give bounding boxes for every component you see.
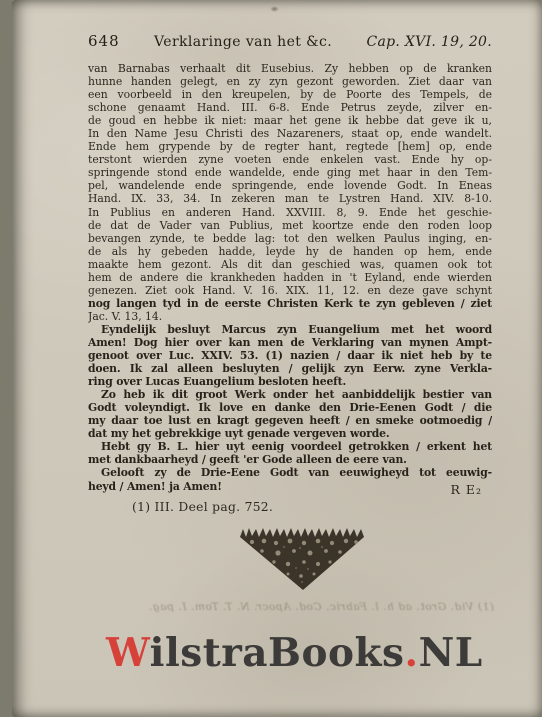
text-line: van Barnabas verhaalt dit Eusebius. Zy h… <box>88 62 492 75</box>
paragraph: Zo heb ik dit groot Werk onder het aanbi… <box>88 388 492 440</box>
running-title: Verklaringe van het &c. <box>154 34 332 50</box>
paragraph: van Barnabas verhaalt dit Eusebius. Zy h… <box>88 62 492 323</box>
text-line: springende stond ende wandelde, ende gin… <box>88 166 492 179</box>
text-line: hunne handen gelegt, en zy zyn gezont ge… <box>88 75 492 88</box>
text-line: Eyndelijk besluyt Marcus zyn Euangelium … <box>88 323 492 336</box>
text-line: de goud en hebbe ik niet: maar het gene … <box>88 114 492 127</box>
text-line: Amen! Dog hier over kan men de Verklarin… <box>88 336 492 349</box>
watermark-name: ilstraBooks <box>150 630 405 676</box>
text-line: hem de andere die krankheden hadden in '… <box>88 271 492 284</box>
footnote: (1) III. Deel pag. 752. <box>88 500 492 514</box>
chapter-reference: Cap. XVI. 19, 20. <box>366 34 492 50</box>
screenshot-root: { "header": { "page_number": "648", "run… <box>0 0 542 717</box>
tailpiece-ornament-icon <box>238 526 368 592</box>
watermark-initial: W <box>106 630 150 676</box>
text-line: Zo heb ik dit groot Werk onder het aanbi… <box>88 388 492 401</box>
text-line: bevangen zynde, te bedde lag: tot den we… <box>88 232 492 245</box>
text-line: my daar toe lust en kragt gegeven heeft … <box>88 414 492 427</box>
text-line: In den Name Jesu Christi des Nazareners,… <box>88 127 492 140</box>
text-line: Hand. IX. 33, 34. In zekeren man te Lyst… <box>88 192 492 205</box>
text-line: Jac. V. 13, 14. <box>88 310 492 323</box>
text-line: pel, wandelende ende springende, ende lo… <box>88 179 492 192</box>
text-line: schone genaamt Hand. III. 6-8. Ende Petr… <box>88 101 492 114</box>
text-line: maakte hem gezont. Als dit dan geschied … <box>88 258 492 271</box>
text-line: Gelooft zy de Drie-Eene Godt van eeuwigh… <box>88 466 492 479</box>
text-line: Hebt gy B. L. hier uyt eenig voordeel ge… <box>88 440 492 453</box>
text-line: nog langen tyd in de eerste Christen Ker… <box>88 297 492 310</box>
watermark: WilstraBooks.NL <box>106 630 483 676</box>
text-line: met dankbaarheyd / geeft 'er Gode alleen… <box>88 453 492 466</box>
body-text: van Barnabas verhaalt dit Eusebius. Zy h… <box>88 62 492 493</box>
paragraph: Eyndelijk besluyt Marcus zyn Euangelium … <box>88 323 492 388</box>
paragraph: Hebt gy B. L. hier uyt eenig voordeel ge… <box>88 440 492 466</box>
text-line: de dat de Vader van Publius, met koortze… <box>88 219 492 232</box>
text-line: genoot over Luc. XXIV. 53. (1) nazien / … <box>88 349 492 362</box>
text-line: ring over Lucas Euangelium besloten heef… <box>88 375 492 388</box>
watermark-tld: NL <box>419 630 483 676</box>
text-line: doen. Ik zal alleen besluyten / gelijk z… <box>88 362 492 375</box>
text-line: terstont wierden zyne voeten ende enkele… <box>88 153 492 166</box>
text-line: de als hy gebeden hadde, leyde hy de han… <box>88 245 492 258</box>
book-page: 648 Verklaringe van het &c. Cap. XVI. 19… <box>12 0 542 717</box>
show-through-text: (1) Vid. Grot. ad h. l. Fabric. Cod. Apo… <box>88 601 494 613</box>
text-line: dat my het gebrekkige uyt genade vergeve… <box>88 427 492 440</box>
text-line: Ende hem grypende by de regter hant, reg… <box>88 140 492 153</box>
text-line: Godt voleyndigt. Ik love en danke den Dr… <box>88 401 492 414</box>
text-line: een voorbeeld in den kreupelen, by de Po… <box>88 88 492 101</box>
text-line: genezen. Ziet ook Hand. V. 16. XIX. 11, … <box>88 284 492 297</box>
page-number: 648 <box>88 32 120 50</box>
text-line: In Publius en anderen Hand. XXVIII. 8, 9… <box>88 206 492 219</box>
paper-speck <box>270 6 279 12</box>
watermark-dot: . <box>405 630 419 676</box>
signature-mark: R E₂ <box>88 482 482 497</box>
page-header: 648 Verklaringe van het &c. Cap. XVI. 19… <box>88 32 492 50</box>
